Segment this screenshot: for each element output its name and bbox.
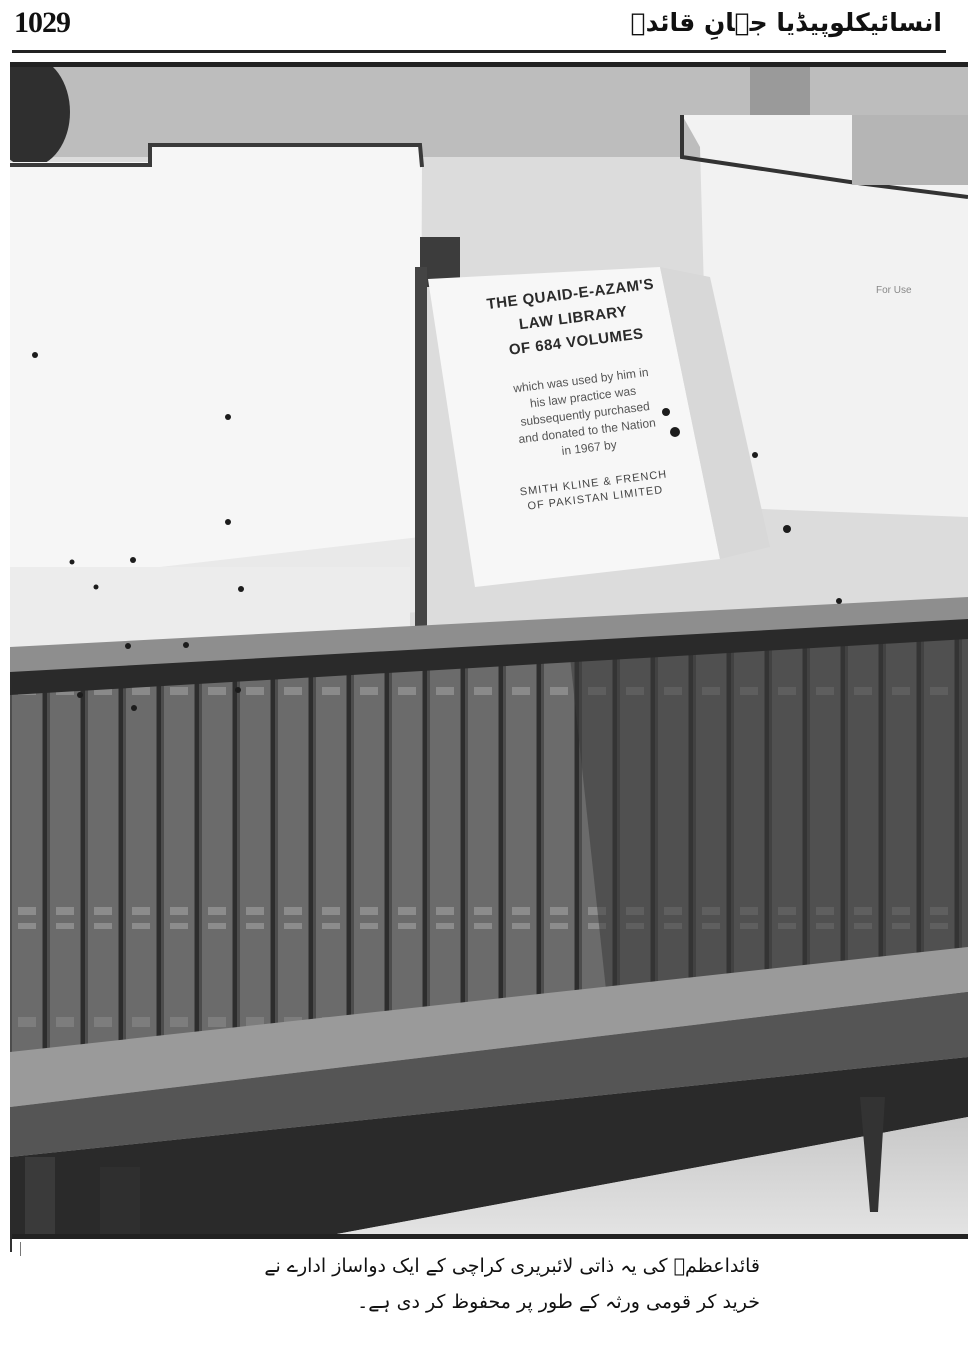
photo-illustration xyxy=(10,67,968,1239)
header-rule xyxy=(12,50,946,53)
margin-tick xyxy=(20,1242,21,1256)
running-title: انسائیکلوپیڈیا جہانِ قائدؒ xyxy=(631,8,942,37)
library-photo: For Use xyxy=(10,62,968,1239)
photo-bottom-rule xyxy=(12,1234,968,1239)
side-card-text: For Use xyxy=(876,285,912,296)
caption-line: خرید کر قومی ورثہ کے طور پر محفوظ کر دی … xyxy=(200,1284,760,1320)
caption-line: قائداعظمؒ کی یہ ذاتی لائبریری کراچی کے ا… xyxy=(200,1248,760,1284)
photo-caption: قائداعظمؒ کی یہ ذاتی لائبریری کراچی کے ا… xyxy=(200,1248,760,1320)
placard-body: which was used by him in his law practic… xyxy=(441,355,729,473)
placard: THE QUAID-E-AZAM'S LAW LIBRARY OF 684 VO… xyxy=(430,266,735,523)
page-number: 1029 xyxy=(14,6,70,40)
